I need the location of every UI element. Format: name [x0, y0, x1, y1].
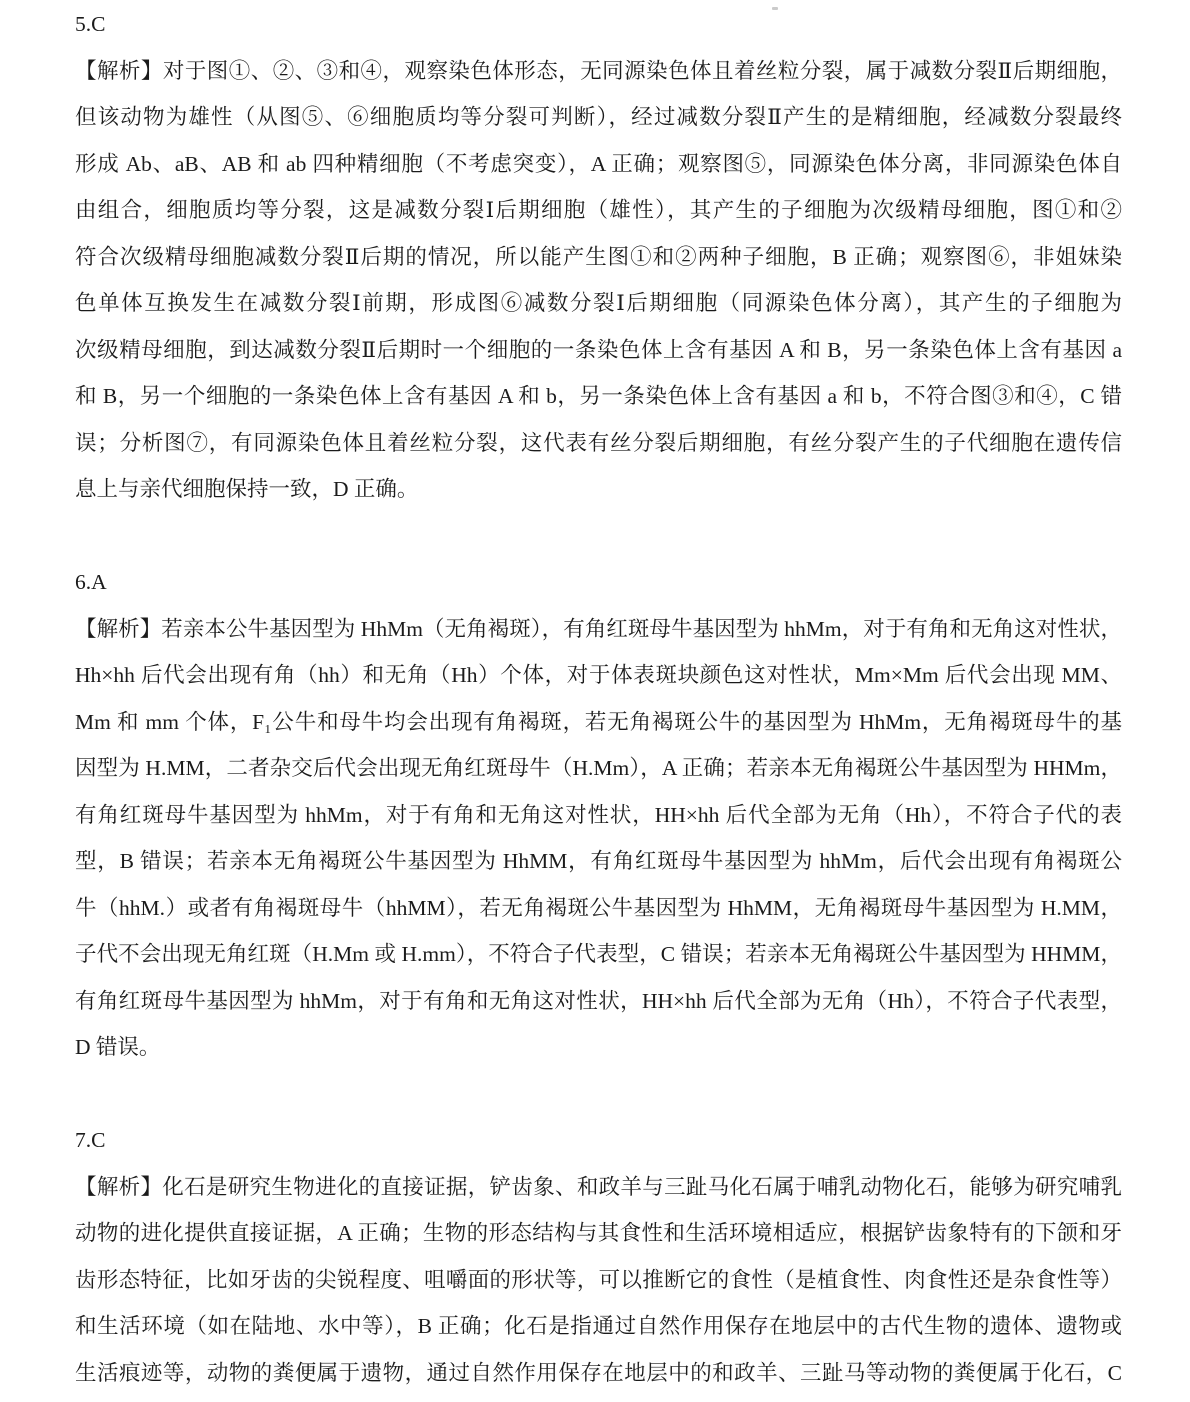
text-line: 色单体互换发生在减数分裂Ⅰ前期，形成图⑥减数分裂Ⅰ后期细胞（同源染色体分离），其…	[75, 280, 1122, 327]
text-line: 符合次级精母细胞减数分裂Ⅱ后期的情况，所以能产生图①和②两种子细胞，B 正确；观…	[75, 234, 1122, 281]
document-page: 5.C 【解析】对于图①、②、③和④，观察染色体形态，无同源染色体且着丝粒分裂，…	[0, 0, 1190, 1402]
text-line: 【解析】化石是研究生物进化的直接证据，铲齿象、和政羊与三趾马化石属于哺乳动物化石…	[75, 1164, 1122, 1211]
blank-spacer	[75, 1071, 1122, 1118]
text-line: 型，B 错误；若亲本无角褐斑公牛基因型为 HhMM，有角红斑母牛基因型为 hhM…	[75, 838, 1122, 885]
text-line: 动物的进化提供直接证据，A 正确；生物的形态结构与其食性和生活环境相适应，根据铲…	[75, 1210, 1122, 1257]
text-line: 生活痕迹等，动物的粪便属于遗物，通过自然作用保存在地层中的和政羊、三趾马等动物的…	[75, 1350, 1122, 1397]
text-line: D 错误。	[75, 1024, 1122, 1071]
text-line: 【解析】对于图①、②、③和④，观察染色体形态，无同源染色体且着丝粒分裂，属于减数…	[75, 48, 1122, 95]
answer-label-7: 7.C	[75, 1117, 1122, 1164]
text-line: 和 B，另一个细胞的一条染色体上含有基因 A 和 b，另一条染色体上含有基因 a…	[75, 373, 1122, 420]
text-line: Hh×hh 后代会出现有角（hh）和无角（Hh）个体，对于体表斑块颜色这对性状，…	[75, 652, 1122, 699]
text-line: 和生活环境（如在陆地、水中等），B 正确；化石是指通过自然作用保存在地层中的古代…	[75, 1303, 1122, 1350]
answer-label-6: 6.A	[75, 559, 1122, 606]
blank-spacer	[75, 513, 1122, 560]
text-line: 但该动物为雄性（从图⑤、⑥细胞质均等分裂可判断），经过减数分裂Ⅱ产生的是精细胞，…	[75, 94, 1122, 141]
text-line: 【解析】若亲本公牛基因型为 HhMm（无角褐斑），有角红斑母牛基因型为 hhMm…	[75, 606, 1122, 653]
text-line: 有角红斑母牛基因型为 hhMm，对于有角和无角这对性状，HH×hh 后代全部为无…	[75, 792, 1122, 839]
text-line: 子代不会出现无角红斑（H.Mm 或 H.mm），不符合子代表型，C 错误；若亲本…	[75, 931, 1122, 978]
text-line: 牛（hhM.）或者有角褐斑母牛（hhMM），若无角褐斑公牛基因型为 HhMM，无…	[75, 885, 1122, 932]
text-line: 息上与亲代细胞保持一致，D 正确。	[75, 466, 1122, 513]
text-line: 次级精母细胞，到达减数分裂Ⅱ后期时一个细胞的一条染色体上含有基因 A 和 B，另…	[75, 327, 1122, 374]
text-line: 由组合，细胞质均等分裂，这是减数分裂Ⅰ后期细胞（雄性），其产生的子细胞为次级精母…	[75, 187, 1122, 234]
answer-label-5: 5.C	[75, 1, 1122, 48]
smudge-artifact	[772, 7, 778, 10]
answer-section-6: 6.A 【解析】若亲本公牛基因型为 HhMm（无角褐斑），有角红斑母牛基因型为 …	[75, 559, 1122, 1071]
text-line: 形成 Ab、aB、AB 和 ab 四种精细胞（不考虑突变），A 正确；观察图⑤，…	[75, 141, 1122, 188]
answer-section-5: 5.C 【解析】对于图①、②、③和④，观察染色体形态，无同源染色体且着丝粒分裂，…	[75, 1, 1122, 513]
text-line: 误；分析图⑦，有同源染色体且着丝粒分裂，这代表有丝分裂后期细胞，有丝分裂产生的子…	[75, 420, 1122, 467]
answer-section-7: 7.C 【解析】化石是研究生物进化的直接证据，铲齿象、和政羊与三趾马化石属于哺乳…	[75, 1117, 1122, 1396]
text-line: Mm 和 mm 个体，F₁公牛和母牛均会出现有角褐斑，若无角褐斑公牛的基因型为 …	[75, 699, 1122, 746]
text-line: 有角红斑母牛基因型为 hhMm，对于有角和无角这对性状，HH×hh 后代全部为无…	[75, 978, 1122, 1025]
text-line: 因型为 H.MM，二者杂交后代会出现无角红斑母牛（H.Mm），A 正确；若亲本无…	[75, 745, 1122, 792]
text-line: 齿形态特征，比如牙齿的尖锐程度、咀嚼面的形状等，可以推断它的食性（是植食性、肉食…	[75, 1257, 1122, 1304]
